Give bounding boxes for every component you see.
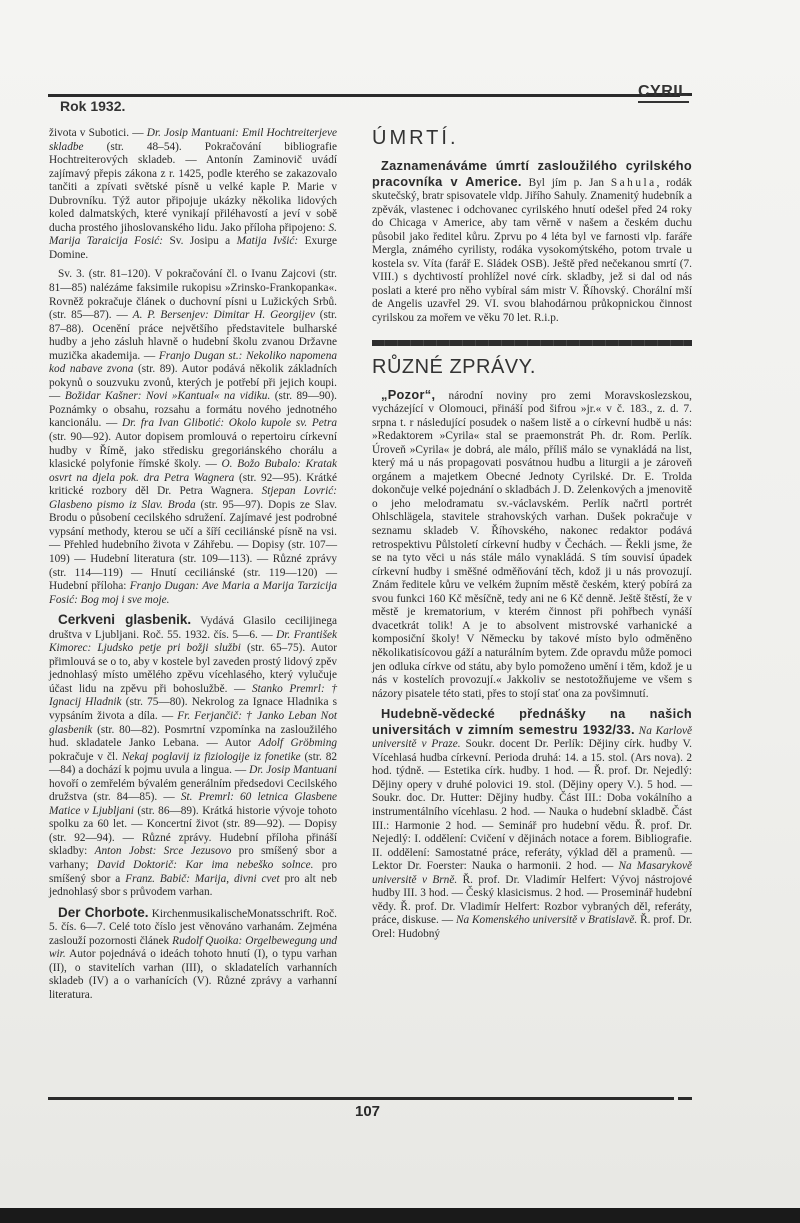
left-column: života v Subotici. — Dr. Josip Mantuani:…: [49, 127, 337, 1002]
header-rule: [48, 94, 680, 97]
paragraph-lectures: Hudebně-vědecké přednášky na našich univ…: [372, 707, 692, 941]
page-number: 107: [355, 1103, 380, 1120]
right-column: ÚMRTÍ. Zaznamenáváme úmrtí zasloužilého …: [372, 127, 692, 941]
section-title-umrti: ÚMRTÍ.: [372, 127, 692, 149]
paragraph-continuation: života v Subotici. — Dr. Josip Mantuani:…: [49, 127, 337, 262]
masthead-der-chorbote: Der Chorbote.: [58, 905, 148, 920]
pozor-lead: „Pozor“,: [381, 387, 435, 402]
scanned-page: Rok 1932. CYRIL života v Subotici. — Dr.…: [0, 0, 800, 1205]
paragraph-der-chorbote: Der Chorbote. KirchenmusikalischeMonatss…: [49, 906, 337, 1003]
running-header-magazine: CYRIL: [638, 83, 689, 103]
paragraph-pozor: „Pozor“, národní noviny pro zemi Moravsk…: [372, 388, 692, 702]
footer-rule: [48, 1097, 674, 1100]
paragraph-cerkveni-glasbenik: Cerkveni glasbenik. Vydává Glasilo cecil…: [49, 613, 337, 899]
person-name: Sahula: [611, 177, 657, 189]
running-header-year: Rok 1932.: [60, 98, 125, 114]
section-title-ruzne-zpravy: RŮZNÉ ZPRÁVY.: [372, 356, 692, 378]
footer-rule-right: [678, 1097, 692, 1100]
masthead-cerkveni-glasbenik: Cerkveni glasbenik.: [58, 612, 191, 627]
section-separator: [372, 340, 692, 346]
scan-bottom-edge: [0, 1208, 800, 1223]
paragraph-sv3: Sv. 3. (str. 81–120). V pokračování čl. …: [49, 268, 337, 607]
paragraph-obituary: Zaznamenáváme úmrtí zasloužilého cyrilsk…: [372, 159, 692, 326]
